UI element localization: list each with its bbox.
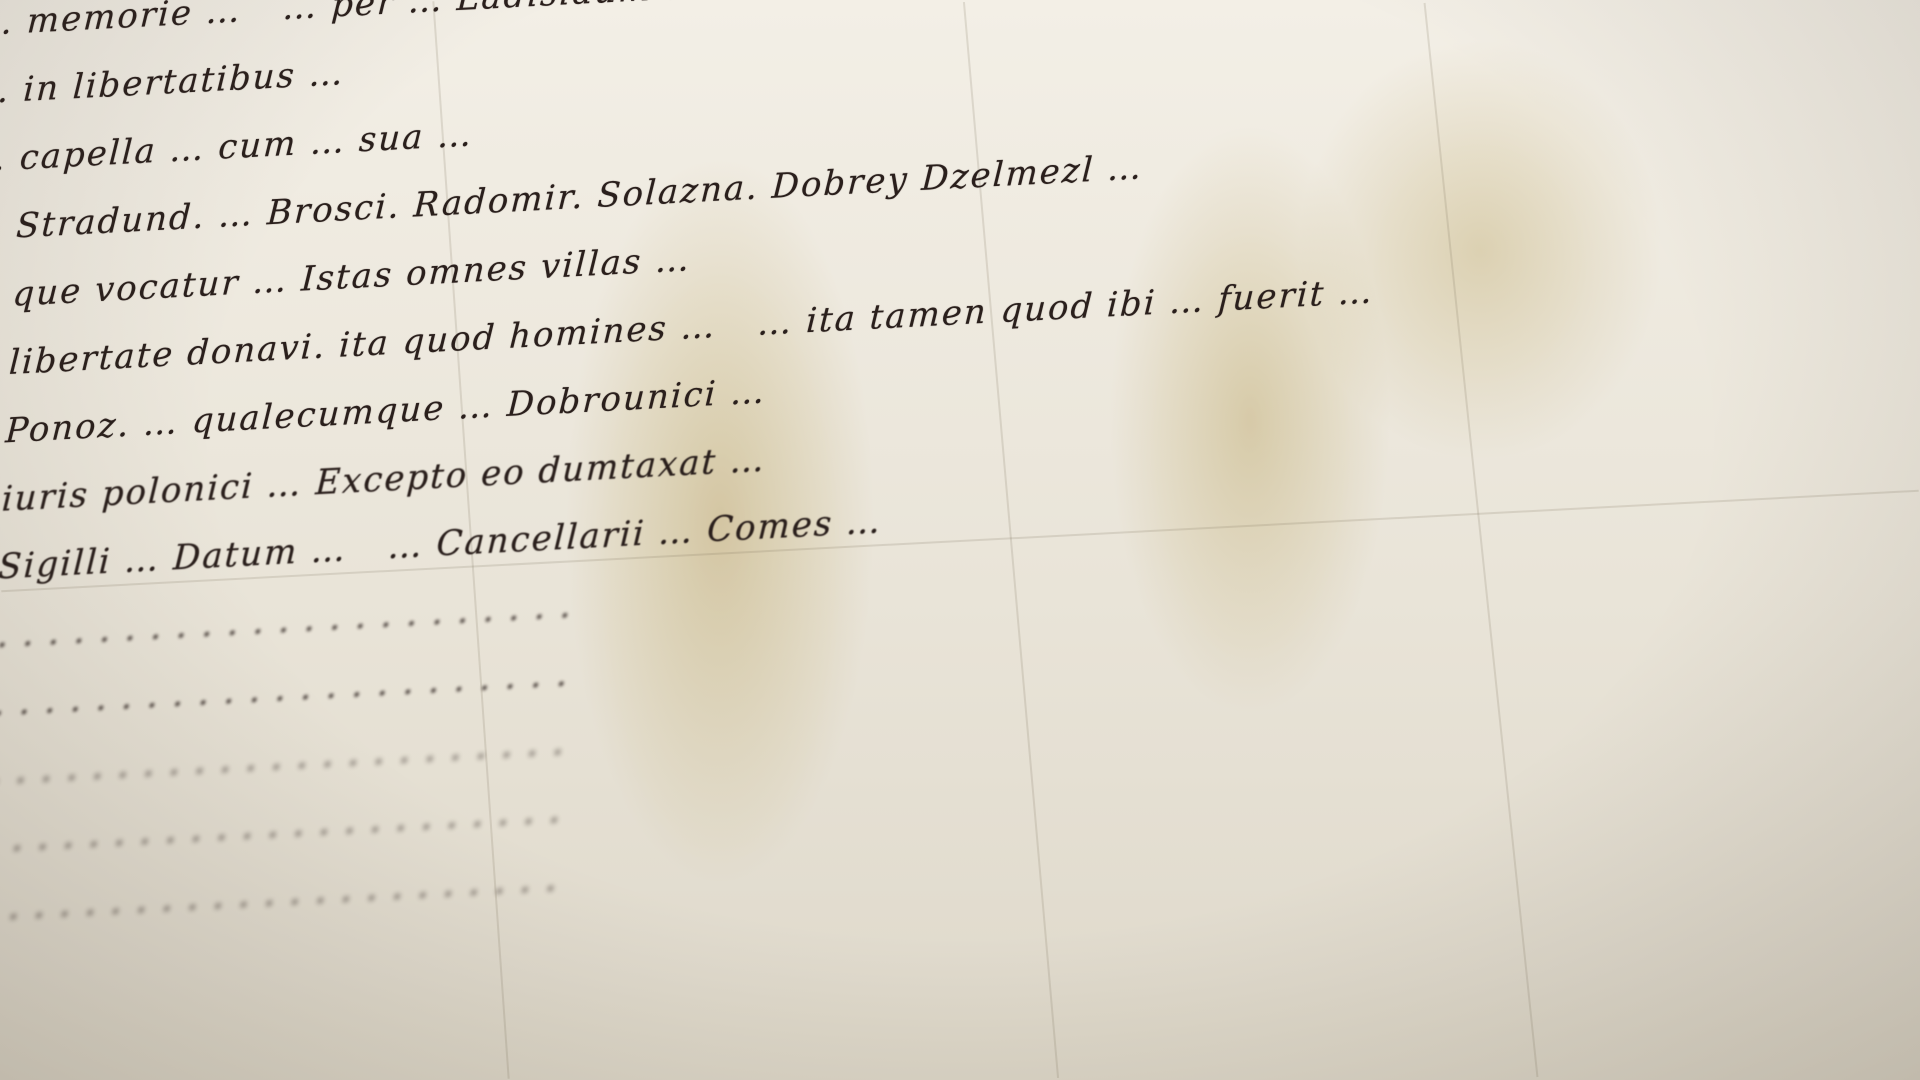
manuscript-text: … memorie … … per … Ladislaum … … in lib…: [0, 0, 1920, 946]
